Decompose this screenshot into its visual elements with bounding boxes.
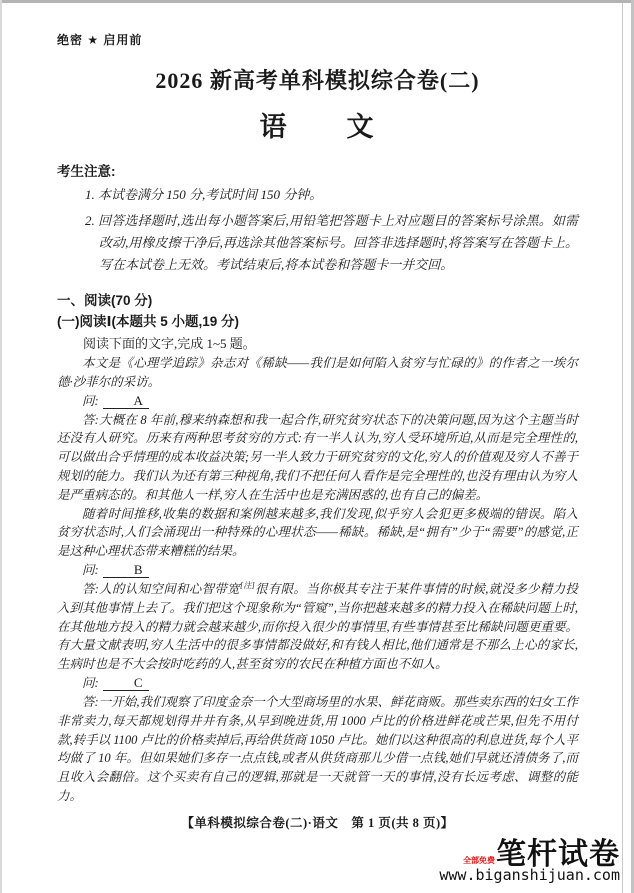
exam-page: 绝密 ★ 启用前 2026 新高考单科模拟综合卷(二) 语 文 考生注意: 1.…	[57, 3, 578, 806]
watermark: 全部免费 笔杆试卷 www.biganshijuan.com	[439, 840, 620, 883]
brand-url: www.biganshijuan.com	[439, 868, 620, 883]
free-tag: 全部免费	[463, 857, 495, 865]
answer-b-text-pre: 答:人的认知空间和心智带宽	[82, 582, 240, 596]
answer-a: 答:大概在 8 年前,穆来纳森想和我一起合作,研究贫穷状态下的决策问题,因为这个…	[57, 411, 578, 505]
question-c-blank: C	[103, 675, 149, 691]
answer-b: 答:人的认知空间和心智带宽[注]很有限。当你极其专注于某件事情的时候,就没多少精…	[57, 580, 578, 674]
page-footer: 【单科模拟综合卷(二)·语文 第 1 页(共 8 页)】	[57, 813, 578, 831]
question-a: 问:A	[57, 392, 578, 411]
subsection-heading: (一)阅读Ⅰ(本题共 5 小题,19 分)	[57, 311, 578, 332]
section-heading: 一、阅读(70 分)	[57, 290, 578, 311]
question-b: 问:B	[57, 561, 578, 580]
security-classification: 绝密 ★ 启用前	[57, 31, 578, 48]
notice-item-2: 2. 回答选择题时,选出每小题答案后,用铅笔把答题卡上对应题目的答案标号涂黑。如…	[57, 210, 578, 276]
subject-title: 语 文	[57, 105, 578, 144]
scan-edge-right-line	[622, 3, 623, 893]
passage-instruction: 阅读下面的文字,完成 1~5 题。	[57, 333, 578, 354]
question-b-label: 问:	[82, 563, 99, 577]
question-a-blank: A	[103, 393, 149, 409]
answer-c: 答:一开始,我们观察了印度金奈一个大型商场里的水果、鲜花商贩。那些卖东西的妇女工…	[57, 693, 578, 806]
question-b-blank: B	[103, 562, 149, 578]
notice-item-1: 1. 本试卷满分 150 分,考试时间 150 分钟。	[57, 184, 578, 206]
answer-a-continued: 随着时间推移,收集的数据和案例越来越多,我们发现,似乎穷人会犯更多极端的错误。陷…	[57, 505, 578, 561]
question-c: 问:C	[57, 674, 578, 693]
scan-edge-left	[0, 0, 2, 893]
paper-title: 2026 新高考单科模拟综合卷(二)	[57, 64, 578, 95]
question-a-label: 问:	[82, 394, 99, 408]
question-c-label: 问:	[82, 676, 99, 690]
notice-heading: 考生注意:	[57, 160, 578, 180]
passage-intro: 本文是《心理学追踪》杂志对《稀缺——我们是如何陷入贫穷与忙碌的》的作者之一埃尔德…	[57, 354, 578, 392]
note-marker: [注]	[240, 581, 255, 590]
